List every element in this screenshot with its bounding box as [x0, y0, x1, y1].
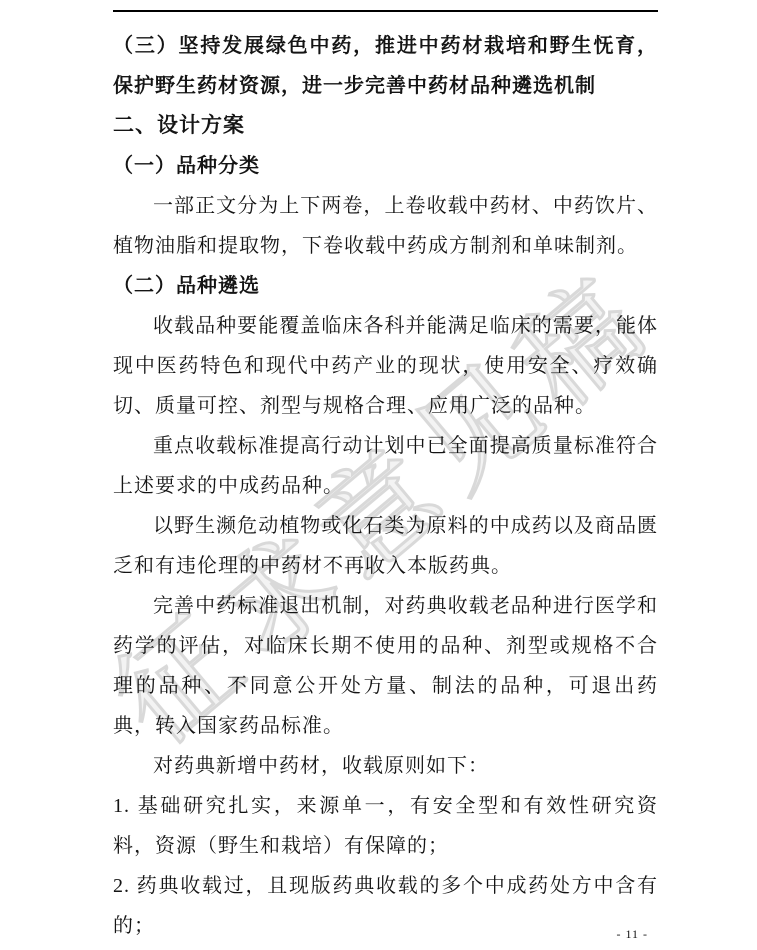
paragraph-quality-standard: 重点收载标准提高行动计划中已全面提高质量标准符合上述要求的中成药品种。	[113, 426, 658, 506]
header-rule	[113, 10, 658, 12]
subsection-heading-variety-selection: （二）品种遴选	[113, 266, 658, 306]
document-body: （三）坚持发展绿色中药，推进中药材栽培和野生怃育，保护野生药材资源，进一步完善中…	[113, 26, 658, 946]
list-item-2: 2. 药典收载过，且现版药典收载的多个中成药处方中含有的；	[113, 866, 658, 946]
paragraph-new-materials-intro: 对药典新增中药材，收载原则如下：	[113, 746, 658, 786]
paragraph-exit-mechanism: 完善中药标准退出机制，对药典收载老品种进行医学和药学的评估，对临床长期不使用的品…	[113, 586, 658, 746]
section-heading-design-plan: 二、设计方案	[113, 106, 658, 146]
paragraph-volume-structure: 一部正文分为上下两卷，上卷收载中药材、中药饮片、植物油脂和提取物，下卷收载中药成…	[113, 186, 658, 266]
document-page: 征求意见稿 （三）坚持发展绿色中药，推进中药材栽培和野生怃育，保护野生药材资源，…	[0, 0, 757, 950]
section-heading-green-tcm: （三）坚持发展绿色中药，推进中药材栽培和野生怃育，保护野生药材资源，进一步完善中…	[113, 26, 658, 106]
page-number: - 11 -	[616, 927, 648, 942]
paragraph-selection-criteria: 收载品种要能覆盖临床各科并能满足临床的需要，能体现中医药特色和现代中药产业的现状…	[113, 306, 658, 426]
subsection-heading-variety-classification: （一）品种分类	[113, 146, 658, 186]
paragraph-endangered-materials: 以野生濒危动植物或化石类为原料的中成药以及商品匮乏和有违伦理的中药材不再收入本版…	[113, 506, 658, 586]
list-item-1: 1. 基础研究扎实，来源单一，有安全型和有效性研究资料，资源（野生和栽培）有保障…	[113, 786, 658, 866]
